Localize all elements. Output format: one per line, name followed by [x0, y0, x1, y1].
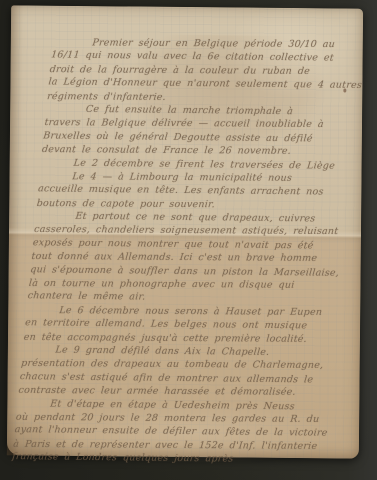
scanned-document: Premier séjour en Belgique période 30/10… [0, 0, 377, 480]
manuscript-page: Premier séjour en Belgique période 30/10… [7, 5, 363, 458]
handwriting-layer: Premier séjour en Belgique période 30/10… [13, 36, 369, 453]
handwritten-line: française à Londres quelques jours après [11, 450, 328, 467]
